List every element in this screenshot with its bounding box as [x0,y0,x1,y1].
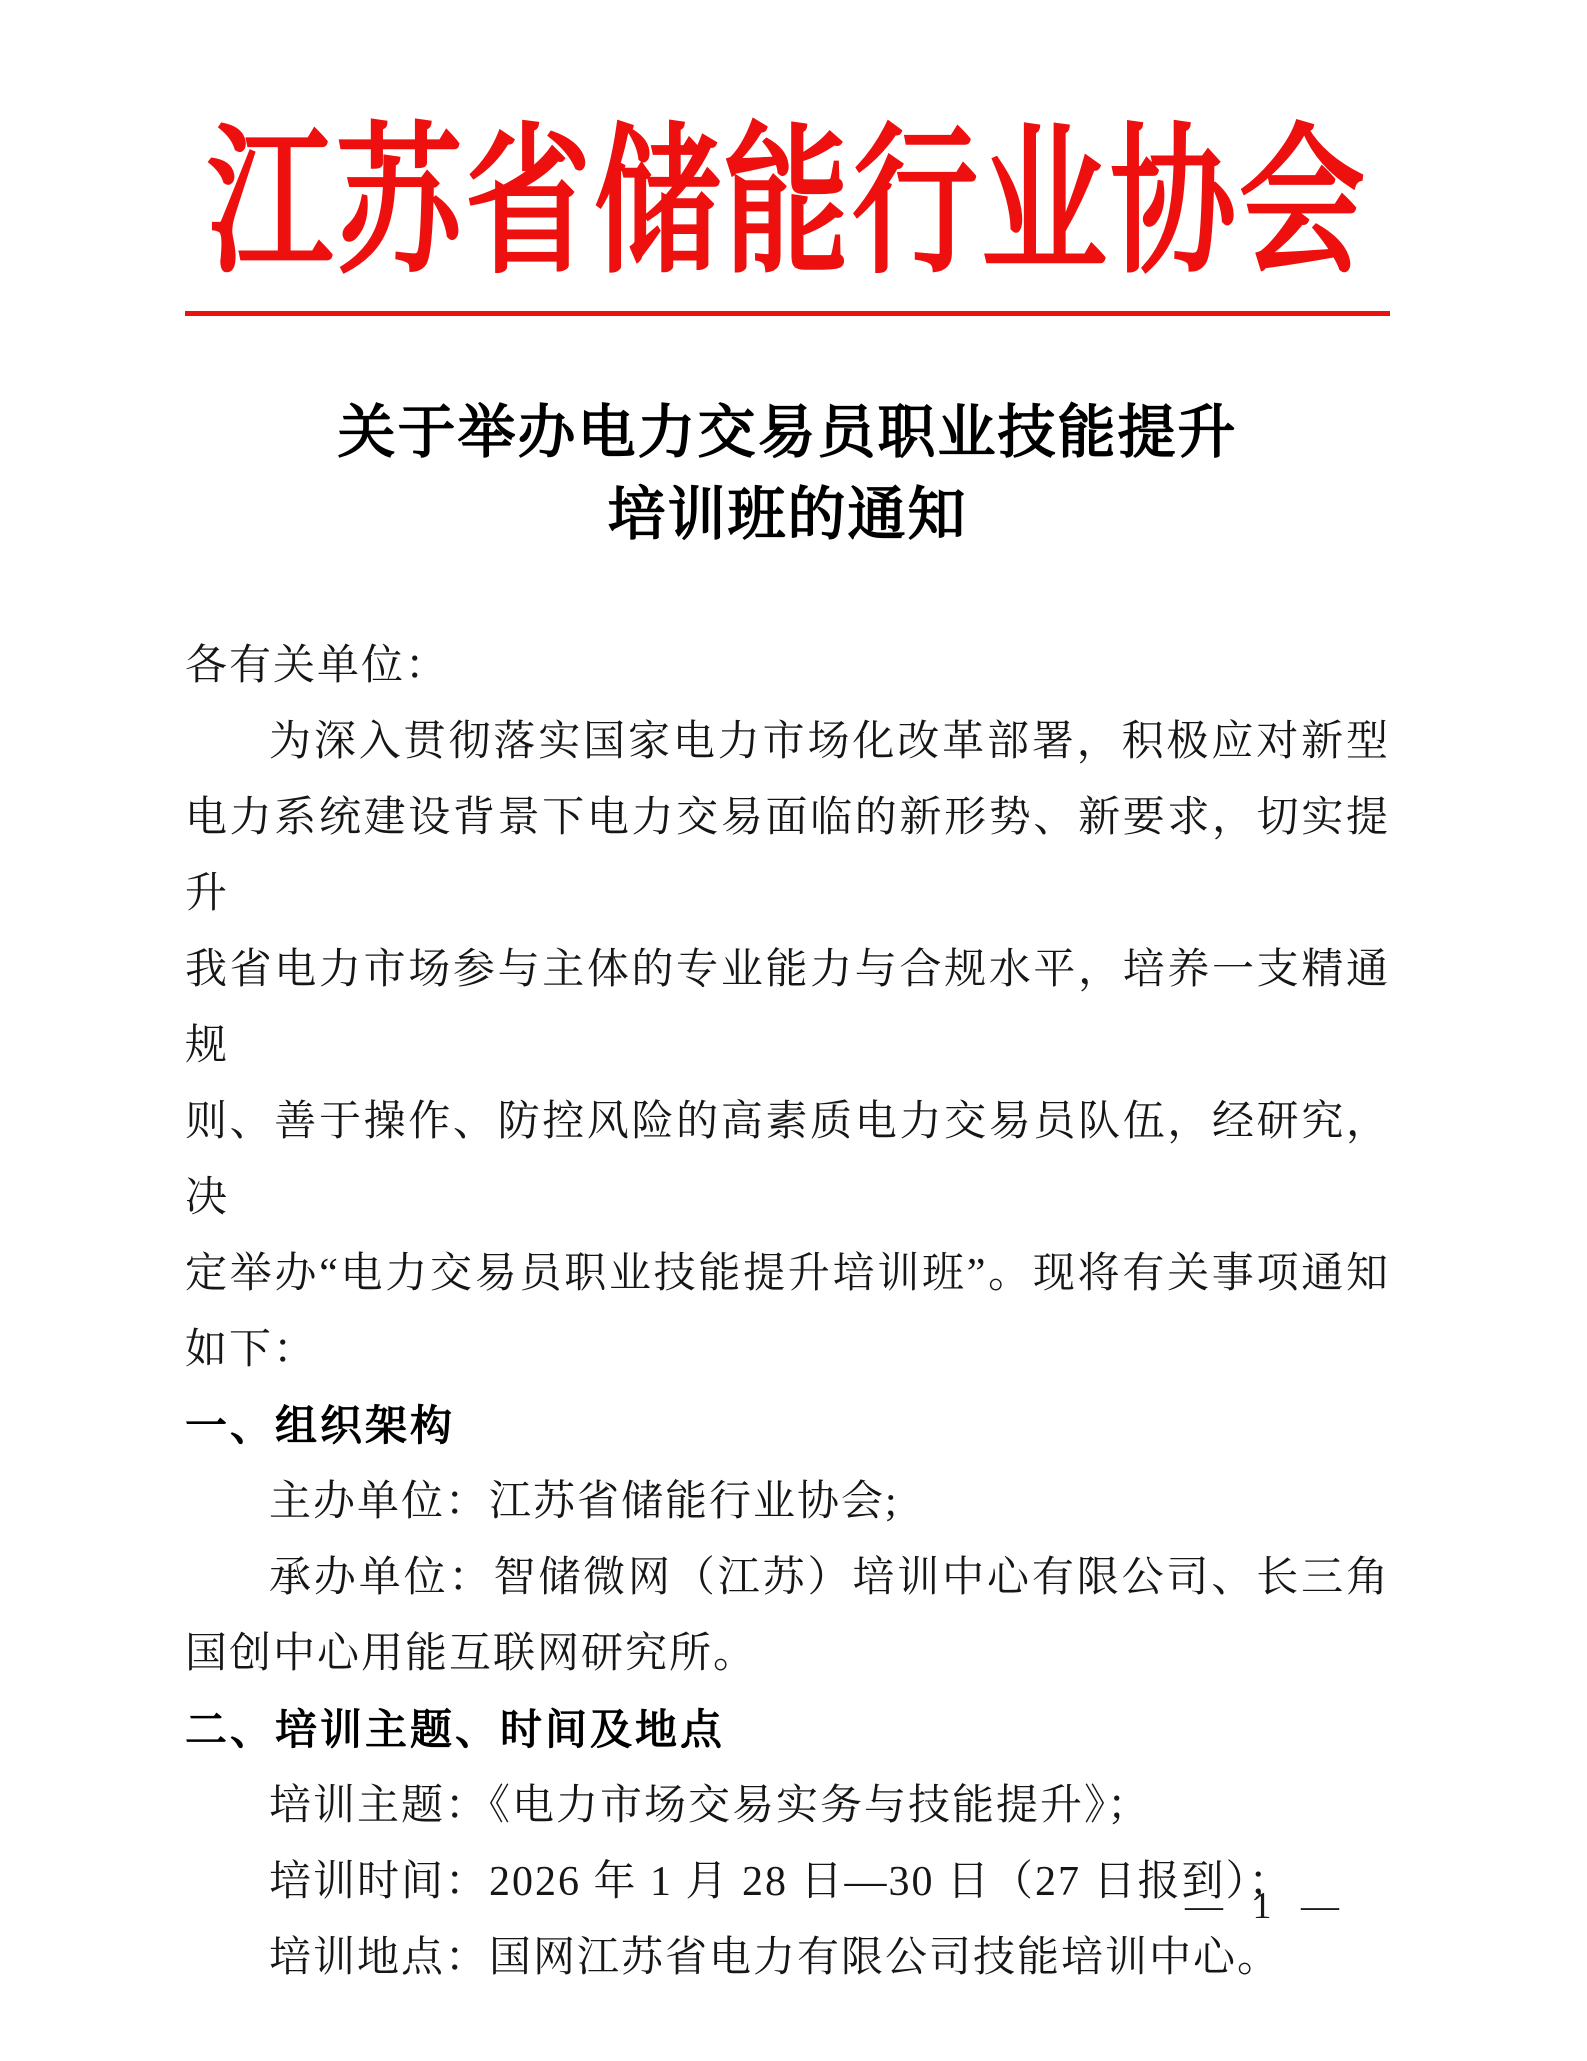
training-venue-line: 培训地点：国网江苏省电力有限公司技能培训中心。 [185,1920,1390,1996]
para1-close: 如下： [185,1312,1390,1388]
para1-line4: 则、善于操作、防控风险的高素质电力交易员队伍，经研究，决 [185,1084,1390,1236]
section1-heading: 一、组织架构 [185,1388,1390,1464]
document-title-line-1: 关于举办电力交易员职业技能提升 [185,392,1390,474]
document-body: 各有关单位：为深入贯彻落实国家电力市场化改革部署，积极应对新型电力系统建设背景下… [185,628,1390,1996]
document-title-line-2: 培训班的通知 [185,474,1390,556]
host-unit-line: 主办单位：江苏省储能行业协会; [185,1464,1390,1540]
para1-line3: 我省电力市场参与主体的专业能力与合规水平，培养一支精通规 [185,932,1390,1084]
notice-document-page: 江苏省储能行业协会 关于举办电力交易员职业技能提升 培训班的通知 各有关单位：为… [0,0,1587,2061]
para1-line5: 定举办“电力交易员职业技能提升培训班”。现将有关事项通知 [185,1236,1390,1312]
salutation: 各有关单位： [185,628,1390,704]
page-number: — 1 — [1185,1884,1349,1928]
training-topic-line: 培训主题：《电力市场交易实务与技能提升》； [185,1768,1390,1844]
masthead-org-name: 江苏省储能行业协会 [185,122,1390,288]
section2-heading: 二、培训主题、时间及地点 [185,1692,1390,1768]
document-title: 关于举办电力交易员职业技能提升 培训班的通知 [185,392,1390,556]
masthead-divider-line [185,311,1390,316]
para1-line2: 电力系统建设背景下电力交易面临的新形势、新要求，切实提升 [185,780,1390,932]
para1-line1: 为深入贯彻落实国家电力市场化改革部署，积极应对新型 [185,704,1390,780]
organizer-line-2: 国创中心用能互联网研究所。 [185,1616,1390,1692]
organizer-line-1: 承办单位：智储微网（江苏）培训中心有限公司、长三角 [185,1540,1390,1616]
